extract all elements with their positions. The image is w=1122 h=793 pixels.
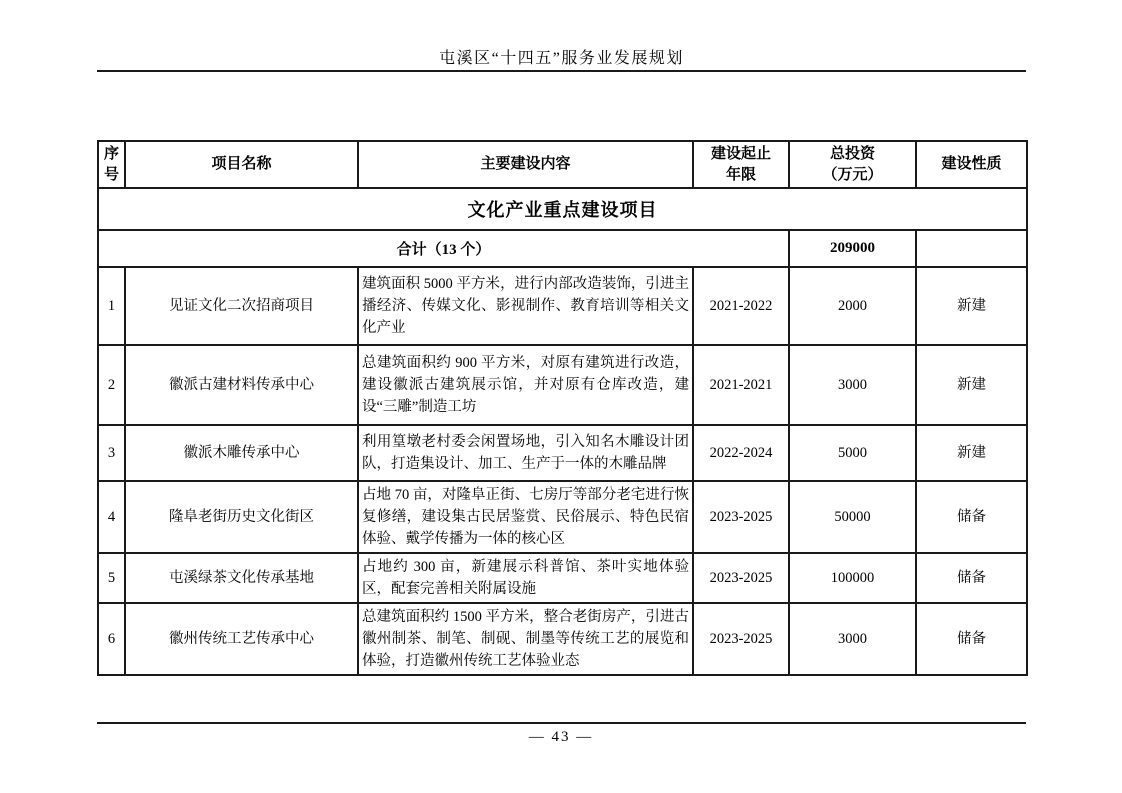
row-number-cell: 4 [98, 481, 125, 553]
construction-period-cell: 2023-2025 [693, 603, 789, 675]
project-name-cell: 屯溪绿茶文化传承基地 [125, 553, 358, 603]
summary-empty-cell [916, 230, 1027, 267]
row-number-cell: 6 [98, 603, 125, 675]
table-header-row: 序号 项目名称 主要建设内容 建设起止 年限 总投资 （万元） 建设性质 [98, 141, 1027, 188]
section-title: 文化产业重点建设项目 [98, 188, 1027, 230]
project-content-cell: 占地约 300 亩，新建展示科普馆、茶叶实地体验区，配套完善相关附属设施 [358, 553, 693, 603]
summary-investment: 209000 [789, 230, 916, 267]
projects-table: 序号 项目名称 主要建设内容 建设起止 年限 总投资 （万元） 建设性质 文化产… [97, 140, 1028, 676]
construction-nature-cell: 新建 [916, 267, 1027, 345]
column-header-period: 建设起止 年限 [693, 141, 789, 188]
table-row: 6 徽州传统工艺传承中心 总建筑面积约 1500 平方米，整合老街房产，引进古徽… [98, 603, 1027, 675]
document-header-title: 屯溪区“十四五”服务业发展规划 [97, 45, 1026, 68]
project-content-cell: 总建筑面积约 1500 平方米，整合老街房产，引进古徽州制茶、制笔、制砚、制墨等… [358, 603, 693, 675]
column-header-content: 主要建设内容 [358, 141, 693, 188]
column-header-investment-line2: （万元） [793, 165, 912, 185]
project-name-cell: 徽派古建材料传承中心 [125, 345, 358, 425]
project-name-cell: 徽派木雕传承中心 [125, 425, 358, 481]
construction-period-cell: 2022-2024 [693, 425, 789, 481]
column-header-period-line2: 年限 [697, 165, 785, 185]
row-number-cell: 3 [98, 425, 125, 481]
column-header-investment: 总投资 （万元） [789, 141, 916, 188]
section-title-row: 文化产业重点建设项目 [98, 188, 1027, 230]
summary-label: 合计（13 个） [98, 230, 789, 267]
page-number: — 43 — [0, 729, 1122, 746]
project-content-cell: 总建筑面积约 900 平方米，对原有建筑进行改造，建设徽派古建筑展示馆，并对原有… [358, 345, 693, 425]
column-header-nature: 建设性质 [916, 141, 1027, 188]
column-header-project-name: 项目名称 [125, 141, 358, 188]
project-content-cell: 利用篁墩老村委会闲置场地，引入知名木雕设计团队，打造集设计、加工、生产于一体的木… [358, 425, 693, 481]
investment-cell: 50000 [789, 481, 916, 553]
investment-cell: 5000 [789, 425, 916, 481]
table-row: 2 徽派古建材料传承中心 总建筑面积约 900 平方米，对原有建筑进行改造，建设… [98, 345, 1027, 425]
column-header-no: 序号 [98, 141, 125, 188]
header-rule [97, 70, 1026, 72]
project-name-cell: 见证文化二次招商项目 [125, 267, 358, 345]
project-content-cell: 占地 70 亩，对隆阜正街、七房厅等部分老宅进行恢复修缮，建设集古民居鉴赏、民俗… [358, 481, 693, 553]
document-page: 屯溪区“十四五”服务业发展规划 序号 项目名称 主要建设内容 建设起止 年限 总… [0, 0, 1122, 793]
construction-nature-cell: 储备 [916, 603, 1027, 675]
investment-cell: 2000 [789, 267, 916, 345]
row-number-cell: 1 [98, 267, 125, 345]
construction-nature-cell: 储备 [916, 481, 1027, 553]
construction-period-cell: 2021-2021 [693, 345, 789, 425]
construction-period-cell: 2023-2025 [693, 481, 789, 553]
construction-nature-cell: 新建 [916, 345, 1027, 425]
investment-cell: 100000 [789, 553, 916, 603]
column-header-investment-line1: 总投资 [793, 144, 912, 164]
row-number-cell: 5 [98, 553, 125, 603]
construction-period-cell: 2021-2022 [693, 267, 789, 345]
project-content-cell: 建筑面积 5000 平方米，进行内部改造装饰，引进主播经济、传媒文化、影视制作、… [358, 267, 693, 345]
table-row: 3 徽派木雕传承中心 利用篁墩老村委会闲置场地，引入知名木雕设计团队，打造集设计… [98, 425, 1027, 481]
construction-nature-cell: 储备 [916, 553, 1027, 603]
project-name-cell: 隆阜老街历史文化街区 [125, 481, 358, 553]
construction-nature-cell: 新建 [916, 425, 1027, 481]
investment-cell: 3000 [789, 603, 916, 675]
investment-cell: 3000 [789, 345, 916, 425]
column-header-period-line1: 建设起止 [697, 144, 785, 164]
table-row: 4 隆阜老街历史文化街区 占地 70 亩，对隆阜正街、七房厅等部分老宅进行恢复修… [98, 481, 1027, 553]
table-row: 1 见证文化二次招商项目 建筑面积 5000 平方米，进行内部改造装饰，引进主播… [98, 267, 1027, 345]
summary-row: 合计（13 个） 209000 [98, 230, 1027, 267]
footer-rule [97, 722, 1026, 724]
construction-period-cell: 2023-2025 [693, 553, 789, 603]
row-number-cell: 2 [98, 345, 125, 425]
project-name-cell: 徽州传统工艺传承中心 [125, 603, 358, 675]
table-row: 5 屯溪绿茶文化传承基地 占地约 300 亩，新建展示科普馆、茶叶实地体验区，配… [98, 553, 1027, 603]
